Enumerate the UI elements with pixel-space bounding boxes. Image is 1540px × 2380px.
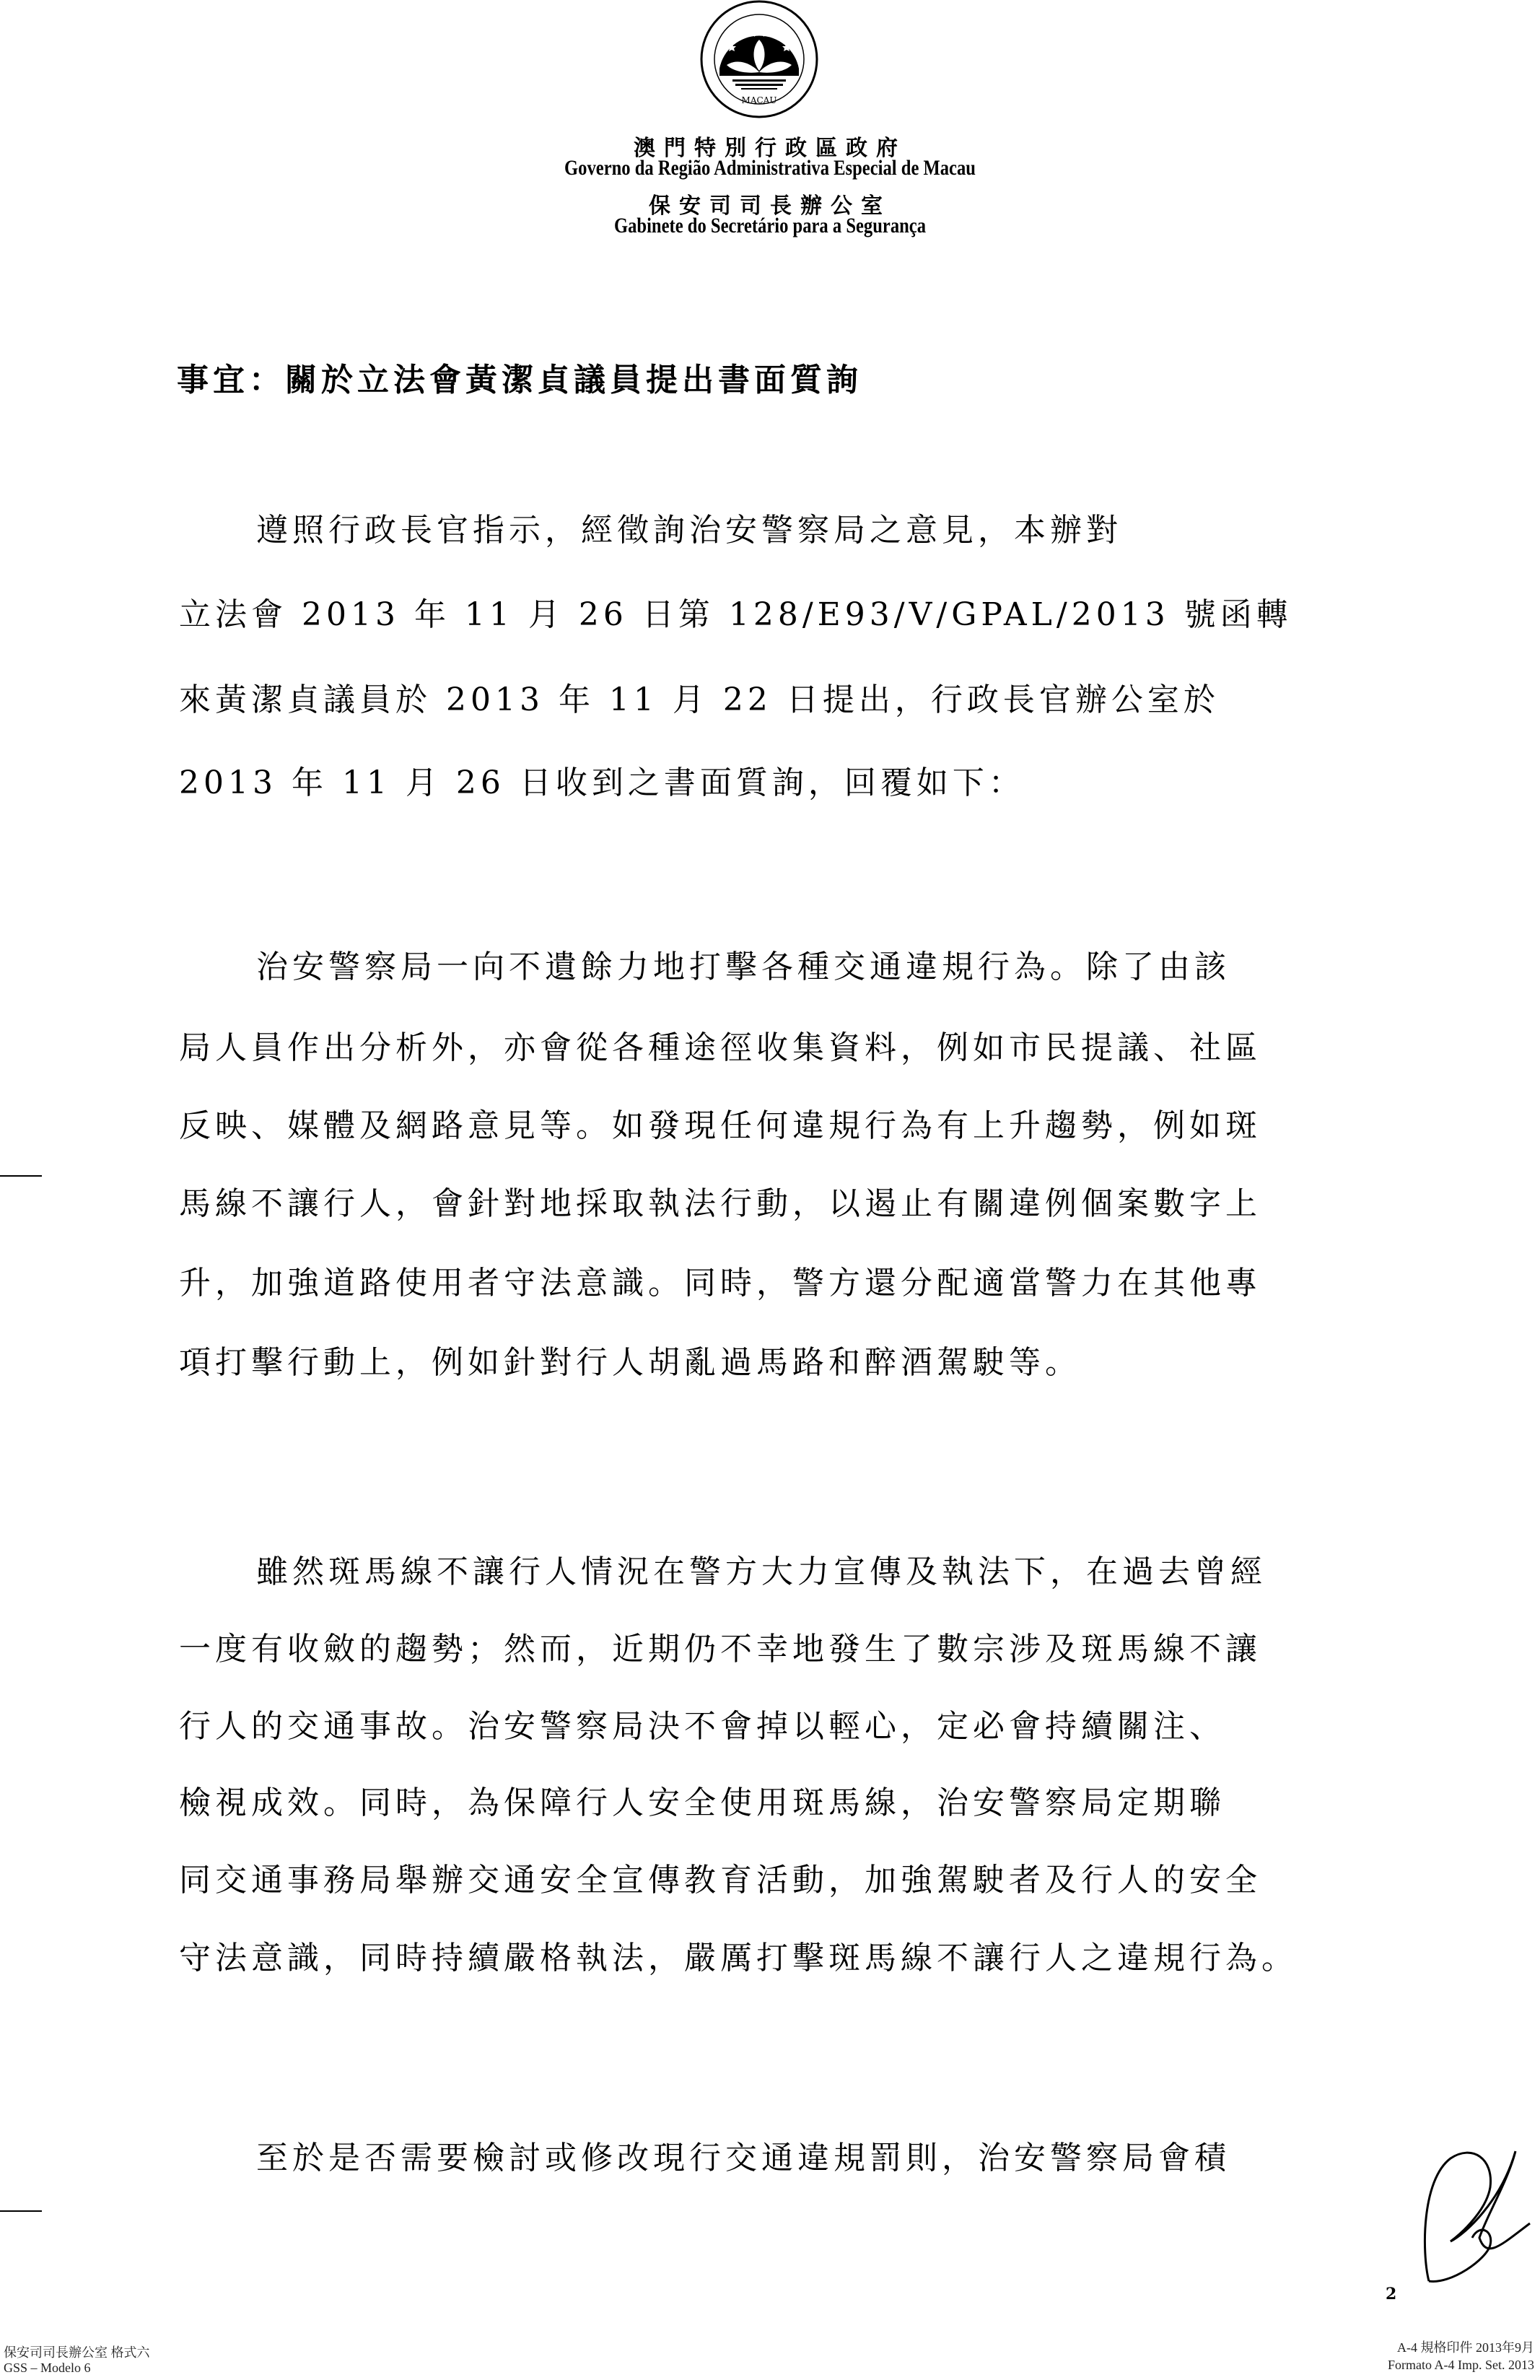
signature-icon	[1422, 2137, 1537, 2296]
footer-format-pt: Formato A-4 Imp. Set. 2013	[1388, 2358, 1534, 2373]
text-line: 升，加強道路使用者守法意識。同時，警方還分配適當警力在其他專	[179, 1262, 1420, 1305]
page-number: 2	[1386, 2285, 1396, 2303]
text-line: 至於是否需要檢討或修改現行交通違規罰則，治安警察局會積	[256, 2137, 1497, 2180]
text-line: 2013 年 11 月 26 日收到之書面質詢，回覆如下：	[179, 762, 1420, 805]
text-line: 行人的交通事故。治安警察局決不會掉以輕心，定必會持續關注、	[179, 1705, 1420, 1748]
government-name-pt: Governo da Região Administrativa Especia…	[139, 156, 1401, 180]
text-line: 立法會 2013 年 11 月 26 日第 128/E93/V/GPAL/201…	[179, 593, 1420, 637]
text-line: 來黃潔貞議員於 2013 年 11 月 22 日提出，行政長官辦公室於	[179, 679, 1420, 722]
subject-heading: 事宜：關於立法會黃潔貞議員提出書面質詢	[177, 354, 862, 400]
svg-text:MACAU: MACAU	[742, 95, 777, 105]
text-line: 一度有收斂的趨勢；然而，近期仍不幸地發生了數宗涉及斑馬線不讓	[179, 1628, 1420, 1671]
text-line: 治安警察局一向不遺餘力地打擊各種交通違規行為。除了由該	[256, 946, 1497, 989]
footer-format-zh: A-4 規格印件 2013年9月	[1397, 2337, 1534, 2356]
text-line: 守法意識，同時持續嚴格執法，嚴厲打擊斑馬線不讓行人之違規行為。	[179, 1937, 1420, 1980]
text-line: 雖然斑馬線不讓行人情況在警方大力宣傳及執法下，在過去曾經	[256, 1551, 1497, 1594]
macau-emblem-icon: MACAU	[698, 0, 821, 119]
footer-form-pt: GSS – Modelo 6	[4, 2361, 91, 2376]
margin-fold-mark	[0, 1175, 42, 1177]
text-line: 同交通事務局舉辦交通安全宣傳教育活動，加強駕駛者及行人的安全	[179, 1859, 1420, 1902]
text-line: 遵照行政長官指示，經徵詢治安警察局之意見，本辦對	[256, 509, 1497, 552]
text-line: 檢視成效。同時，為保障行人安全使用斑馬線，治安警察局定期聯	[179, 1782, 1420, 1825]
text-line: 項打擊行動上，例如針對行人胡亂過馬路和醉酒駕駛等。	[179, 1341, 1420, 1385]
office-name-pt: Gabinete do Secretário para a Segurança	[139, 214, 1401, 238]
text-line: 馬線不讓行人，會針對地採取執法行動，以遏止有關違例個案數字上	[179, 1182, 1420, 1226]
footer-form-zh: 保安司司長辦公室 格式六	[4, 2342, 150, 2361]
text-line: 反映、媒體及網路意見等。如發現任何違規行為有上升趨勢，例如斑	[179, 1104, 1420, 1148]
margin-fold-mark	[0, 2210, 42, 2212]
text-line: 局人員作出分析外，亦會從各種途徑收集資料，例如市民提議、社區	[179, 1026, 1420, 1070]
